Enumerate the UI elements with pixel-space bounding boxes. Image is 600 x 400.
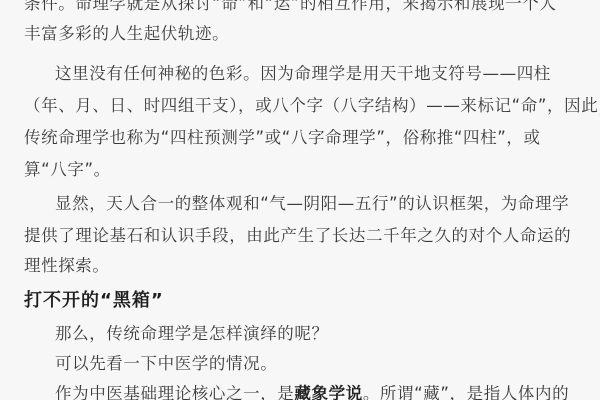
section-heading: 打不开的“黑箱” xyxy=(24,286,164,312)
paragraph-line: 那么，传统命理学是怎样演绎的呢？ xyxy=(55,324,329,344)
text-run: 作为中医基础理论核心之一，是 xyxy=(55,384,294,400)
bold-term: 藏象学说 xyxy=(294,384,362,400)
paragraph-line: 显然，天人合一的整体观和“气—阴阳—五行”的认识框架，为命理学 xyxy=(55,194,569,214)
paragraph-line: 传统命理学也称为“四柱预测学”或“八字命理学”，俗称推“四柱”，或 xyxy=(24,128,541,148)
paragraph-line: 条件。命理学就是从探讨“命”和“运”的相互作用，来揭示和展现一个人 xyxy=(24,0,557,14)
paragraph-line: 算“八字”。 xyxy=(24,160,111,180)
paragraph-line-last: 作为中医基础理论核心之一，是藏象学说。所谓“藏”，是指人体内的 xyxy=(55,384,569,400)
paragraph-line: 丰富多彩的人生起伏轨迹。 xyxy=(24,24,229,44)
text-run: 。所谓“藏”，是指人体内的 xyxy=(363,384,569,400)
document-page: 条件。命理学就是从探讨“命”和“运”的相互作用，来揭示和展现一个人 丰富多彩的人… xyxy=(0,0,600,400)
paragraph-line: 这里没有任何神秘的色彩。因为命理学是用天干地支符号——四柱 xyxy=(55,64,551,84)
paragraph-line: 可以先看一下中医学的情况。 xyxy=(55,354,277,374)
paragraph-line: （年、月、日、时四组干支），或八个字（八字结构）——来标记“命”，因此， xyxy=(24,96,600,116)
paragraph-line: 理性探索。 xyxy=(24,256,110,276)
paragraph-line: 提供了理论基石和认识手段，由此产生了长达二千年之久的对个人命运的 xyxy=(24,226,571,246)
